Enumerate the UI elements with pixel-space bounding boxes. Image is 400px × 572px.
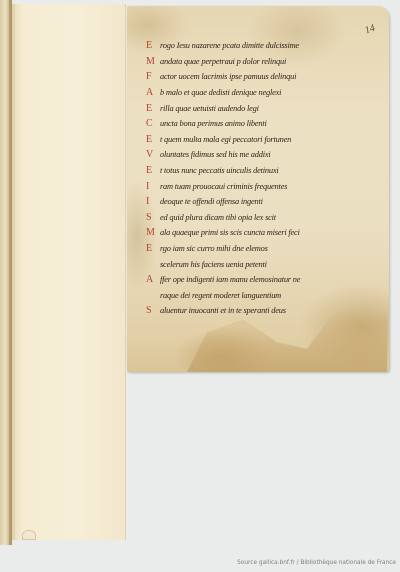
manuscript-line: Mandata quae perpetraui p dolor relinqui [146, 54, 386, 70]
line-text: scelerum his faciens uenia petenti [160, 260, 267, 269]
line-text: b malo et quae dedisti denique neglexi [160, 88, 281, 97]
rubric-initial: V [146, 149, 160, 160]
manuscript-line: Cuncta bona perimus animo libenti [146, 116, 386, 132]
line-text: ffer ope indigenti iam manu elemosinatur… [160, 275, 300, 284]
line-text: andata quae perpetraui p dolor relinqui [160, 57, 286, 66]
manuscript-line: scelerum his faciens uenia petenti [146, 256, 386, 272]
line-text: aluentur inuocanti et in te speranti deu… [160, 306, 286, 315]
rubric-initial: M [146, 227, 160, 238]
rubric-initial: A [146, 274, 160, 285]
manuscript-text-block: Erogo Iesu nazarene pcata dimitte dulcis… [146, 38, 386, 319]
manuscript-line: Saluentur inuocanti et in te speranti de… [146, 303, 386, 319]
line-text: uncta bona perimus animo libenti [160, 119, 267, 128]
rubric-initial: C [146, 118, 160, 129]
manuscript-line: Ergo iam sic curro mihi dne elemos [146, 241, 386, 257]
rubric-initial: E [146, 165, 160, 176]
manuscript-line: Iram tuam prouocaui criminis frequentes [146, 178, 386, 194]
line-text: actor uocem lacrimis ipse pamuus delinqu… [160, 72, 296, 81]
line-text: rgo iam sic curro mihi dne elemos [160, 244, 268, 253]
rubric-initial: F [146, 71, 160, 82]
line-text: rogo Iesu nazarene pcata dimitte dulciss… [160, 41, 299, 50]
manuscript-line: Et quem multa mala egi peccatori fortune… [146, 132, 386, 148]
rubric-initial: M [146, 56, 160, 67]
source-credit: Source gallica.bnf.fr / Bibliothèque nat… [237, 560, 396, 566]
line-text: raque dei regent moderet languentium [160, 291, 281, 300]
flyleaf-gutter [12, 4, 15, 540]
manuscript-line: Ab malo et quae dedisti denique neglexi [146, 85, 386, 101]
rubric-initial: E [146, 243, 160, 254]
line-text: deoque te offendi offensa ingenti [160, 197, 263, 206]
folio-number: 14 [363, 23, 376, 37]
rubric-initial: E [146, 103, 160, 114]
flyleaf-tear [22, 530, 36, 540]
line-text: oluntates fidimus sed his me addixi [160, 150, 270, 159]
rubric-initial: A [146, 87, 160, 98]
line-text: rilla quae uetuisti audendo legi [160, 104, 259, 113]
manuscript-line: raque dei regent moderet languentium [146, 288, 386, 304]
manuscript-viewer: 14 Erogo Iesu nazarene pcata dimitte dul… [0, 0, 400, 572]
manuscript-line: Affer ope indigenti iam manu elemosinatu… [146, 272, 386, 288]
rubric-initial: I [146, 196, 160, 207]
rubric-initial: S [146, 305, 160, 316]
manuscript-line: Ideoque te offendi offensa ingenti [146, 194, 386, 210]
rubric-initial: I [146, 181, 160, 192]
rubric-initial: S [146, 212, 160, 223]
line-text: ed quid plura dicam tibi opia lex scit [160, 213, 276, 222]
manuscript-line: Erilla quae uetuisti audendo legi [146, 100, 386, 116]
rubric-initial: E [146, 40, 160, 51]
flyleaf-page [12, 4, 126, 540]
manuscript-line: Erogo Iesu nazarene pcata dimitte dulcis… [146, 38, 386, 54]
line-text: ala quaeque primi sis scis cuncta miseri… [160, 228, 300, 237]
manuscript-line: Factor uocem lacrimis ipse pamuus delinq… [146, 69, 386, 85]
line-text: t quem multa mala egi peccatori fortunen [160, 135, 291, 144]
manuscript-line: Sed quid plura dicam tibi opia lex scit [146, 210, 386, 226]
manuscript-line: Mala quaeque primi sis scis cuncta miser… [146, 225, 386, 241]
manuscript-line: Voluntates fidimus sed his me addixi [146, 147, 386, 163]
rubric-initial: E [146, 134, 160, 145]
parchment-folio: 14 Erogo Iesu nazarene pcata dimitte dul… [127, 6, 389, 372]
line-text: ram tuam prouocaui criminis frequentes [160, 182, 287, 191]
manuscript-line: Et totus nunc peccatis uinculis detinuxi [146, 163, 386, 179]
line-text: t totus nunc peccatis uinculis detinuxi [160, 166, 279, 175]
